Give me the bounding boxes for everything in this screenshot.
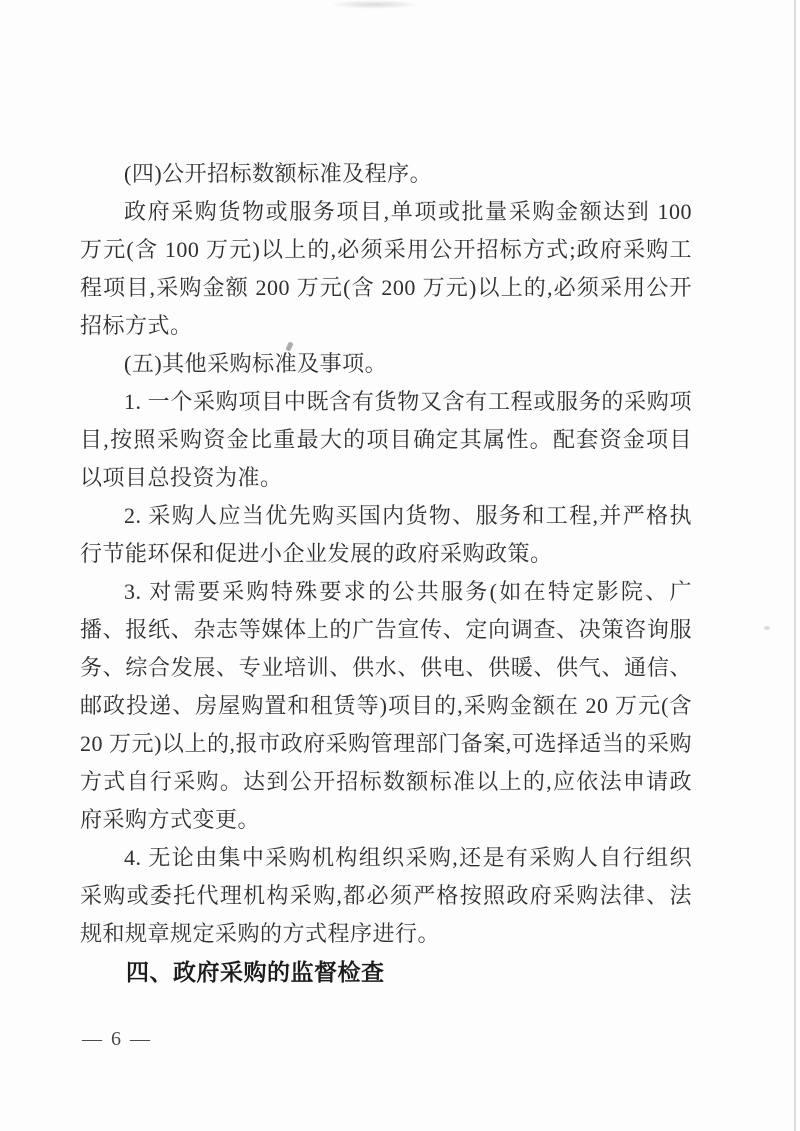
subsection-heading-4: (四)公开招标数额标准及程序。 (80, 155, 692, 193)
page-number: — 6 — (82, 1028, 152, 1050)
scanned-document-page: (四)公开招标数额标准及程序。 政府采购货物或服务项目,单项或批量采购金额达到 … (0, 0, 800, 1131)
scan-edge-shadow (794, 0, 796, 1131)
document-body: (四)公开招标数额标准及程序。 政府采购货物或服务项目,单项或批量采购金额达到 … (80, 155, 692, 991)
para-1-mixed-project-rule: 1. 一个采购项目中既含有货物又含有工程或服务的采购项目,按照采购资金比重最大的… (80, 383, 692, 497)
subsection-heading-5: (五)其他采购标准及事项。 (80, 345, 692, 383)
para-open-tender-threshold: 政府采购货物或服务项目,单项或批量采购金额达到 100 万元(含 100 万元)… (80, 193, 692, 345)
scan-smudge (330, 0, 420, 9)
section-heading-supervision: 四、政府采购的监督检查 (80, 953, 692, 991)
para-2-domestic-priority: 2. 采购人应当优先购买国内货物、服务和工程,并严格执行节能环保和促进小企业发展… (80, 497, 692, 573)
scan-speck (632, 208, 635, 212)
para-3-special-public-services: 3. 对需要采购特殊要求的公共服务(如在特定影院、广播、报纸、杂志等媒体上的广告… (80, 573, 692, 839)
para-4-procedure-compliance: 4. 无论由集中采购机构组织采购,还是有采购人自行组织采购或委托代理机构采购,都… (80, 839, 692, 953)
scan-speck (764, 626, 770, 630)
